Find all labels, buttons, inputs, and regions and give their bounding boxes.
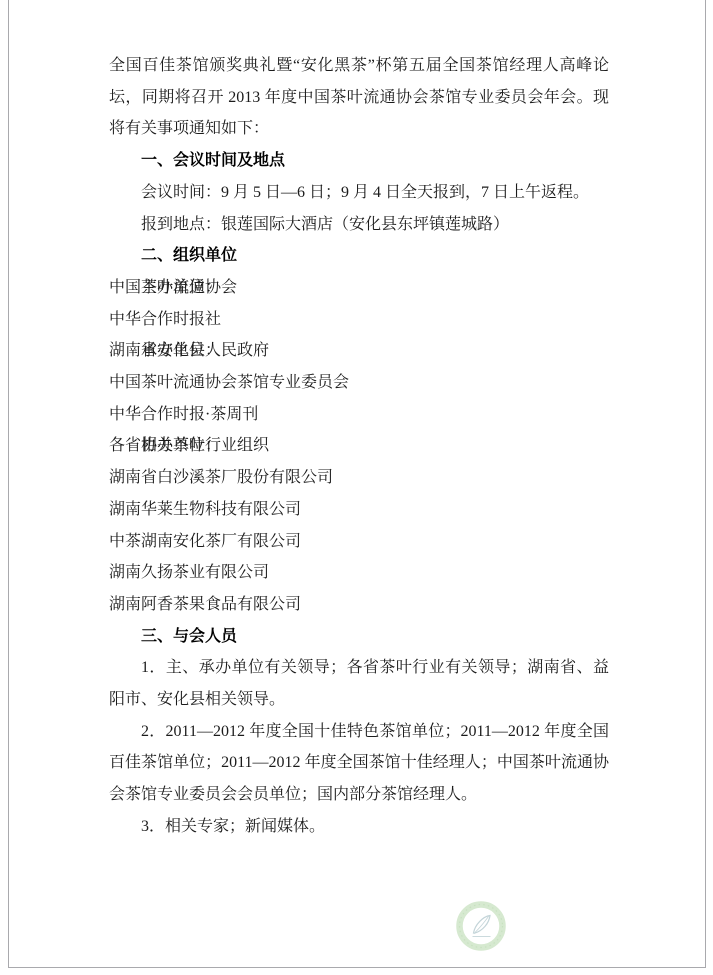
host-organizer-group: 主办单位： 中国茶叶流通协会 中华合作时报社 [109,272,609,335]
meeting-time-line: 会议时间：9 月 5 日—6 日；9 月 4 日全天报到，7 日上午返程。 [109,177,609,209]
watermark-seal [455,900,507,952]
leaf-seal-icon [460,905,503,948]
org-unit: 中华合作时报社 [109,304,609,336]
section-heading-time-place: 一、会议时间及地点 [109,145,609,177]
document-content: 全国百佳茶馆颁奖典礼暨“安化黑茶”杯第五届全国茶馆经理人高峰论坛，同期将召开 2… [109,50,609,843]
org-unit: 湖南华莱生物科技有限公司 [109,494,609,526]
org-unit: 中华合作时报·茶周刊 [109,399,609,431]
org-unit: 湖南久扬茶业有限公司 [109,557,609,589]
host-organizer-label: 主办单位： [141,272,221,304]
attendee-item-3: 3．相关专家；新闻媒体。 [109,811,609,843]
undertaker-organizer-label: 承办单位： [141,335,221,367]
section-heading-attendees: 三、与会人员 [109,621,609,653]
org-unit: 中茶湖南安化茶厂有限公司 [109,526,609,558]
attendee-item-1: 1．主、承办单位有关领导；各省茶叶行业有关领导；湖南省、益阳市、安化县相关领导。 [109,652,609,715]
intro-paragraph: 全国百佳茶馆颁奖典礼暨“安化黑茶”杯第五届全国茶馆经理人高峰论坛，同期将召开 2… [109,50,609,145]
org-unit: 湖南阿香茶果食品有限公司 [109,589,609,621]
co-organizer-group: 协办单位： 各省相关茶叶行业组织 湖南省白沙溪茶厂股份有限公司 湖南华莱生物科技… [109,430,609,620]
attendee-item-2: 2．2011—2012 年度全国十佳特色茶馆单位；2011—2012 年度全国百… [109,716,609,811]
checkin-location-line: 报到地点：银莲国际大酒店（安化县东坪镇莲城路） [109,209,609,241]
document-page: 全国百佳茶馆颁奖典礼暨“安化黑茶”杯第五届全国茶馆经理人高峰论坛，同期将召开 2… [8,0,706,968]
undertaker-organizer-group: 承办单位： 湖南省安化县人民政府 中国茶叶流通协会茶馆专业委员会 中华合作时报·… [109,335,609,430]
org-unit: 湖南省白沙溪茶厂股份有限公司 [109,462,609,494]
section-heading-organizers: 二、组织单位 [109,240,609,272]
org-unit: 中国茶叶流通协会茶馆专业委员会 [109,367,609,399]
co-organizer-label: 协办单位： [141,430,221,462]
